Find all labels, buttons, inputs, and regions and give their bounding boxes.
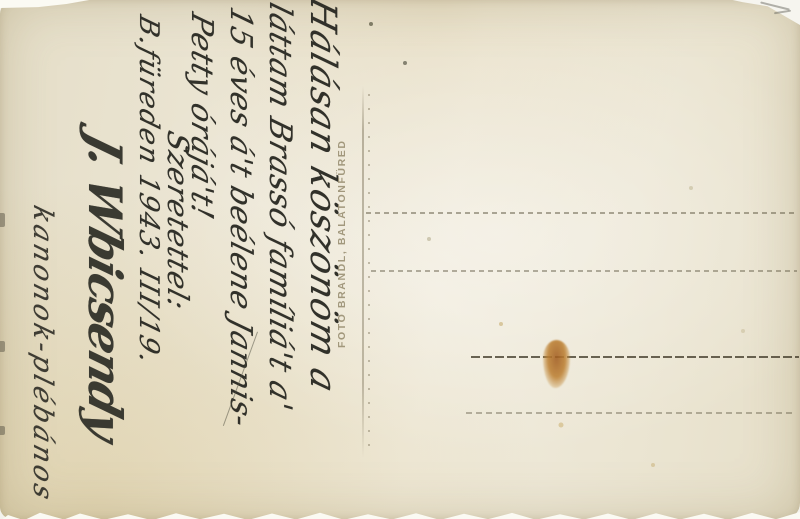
- postcard-paper: Hálásan köszönöm a láttam Brassó famíliá…: [0, 0, 800, 519]
- handwritten-closing: Szeretettel:: [163, 128, 192, 314]
- divider-line: [362, 86, 364, 458]
- brown-stain-blob: [543, 340, 570, 388]
- handwritten-signature: J. Wbicsendy: [82, 129, 128, 445]
- left-edge-mark-1: [0, 213, 5, 227]
- handwritten-date-place: B.füreden 1943. III/19.: [135, 12, 162, 368]
- address-ruled-line-3: [471, 356, 799, 358]
- address-ruled-line-2: [371, 270, 797, 272]
- address-ruled-line-4: [466, 412, 796, 414]
- left-edge-mark-2: [0, 341, 5, 352]
- handwritten-line-3: 15 éves á't beélene Jannis-: [225, 3, 255, 430]
- handwritten-line-1: Hálásan köszönöm a: [304, 0, 340, 397]
- address-ruled-line-1: [366, 212, 794, 214]
- deckle-edge-top-left: [0, 0, 95, 8]
- handwritten-title-kanonok: kanonok-plébános: [29, 202, 56, 505]
- handwritten-line-2: láttam Brassó famíliá't a': [264, 0, 295, 414]
- divider-dotted-line: [368, 94, 370, 450]
- postcard-scan: Hálásan köszönöm a láttam Brassó famíliá…: [0, 0, 800, 519]
- left-edge-mark-3: [0, 426, 5, 435]
- photographer-imprint: FOTO BRANDL, BALATONFÜRED: [336, 139, 348, 348]
- deckle-edge-bottom: [0, 506, 800, 519]
